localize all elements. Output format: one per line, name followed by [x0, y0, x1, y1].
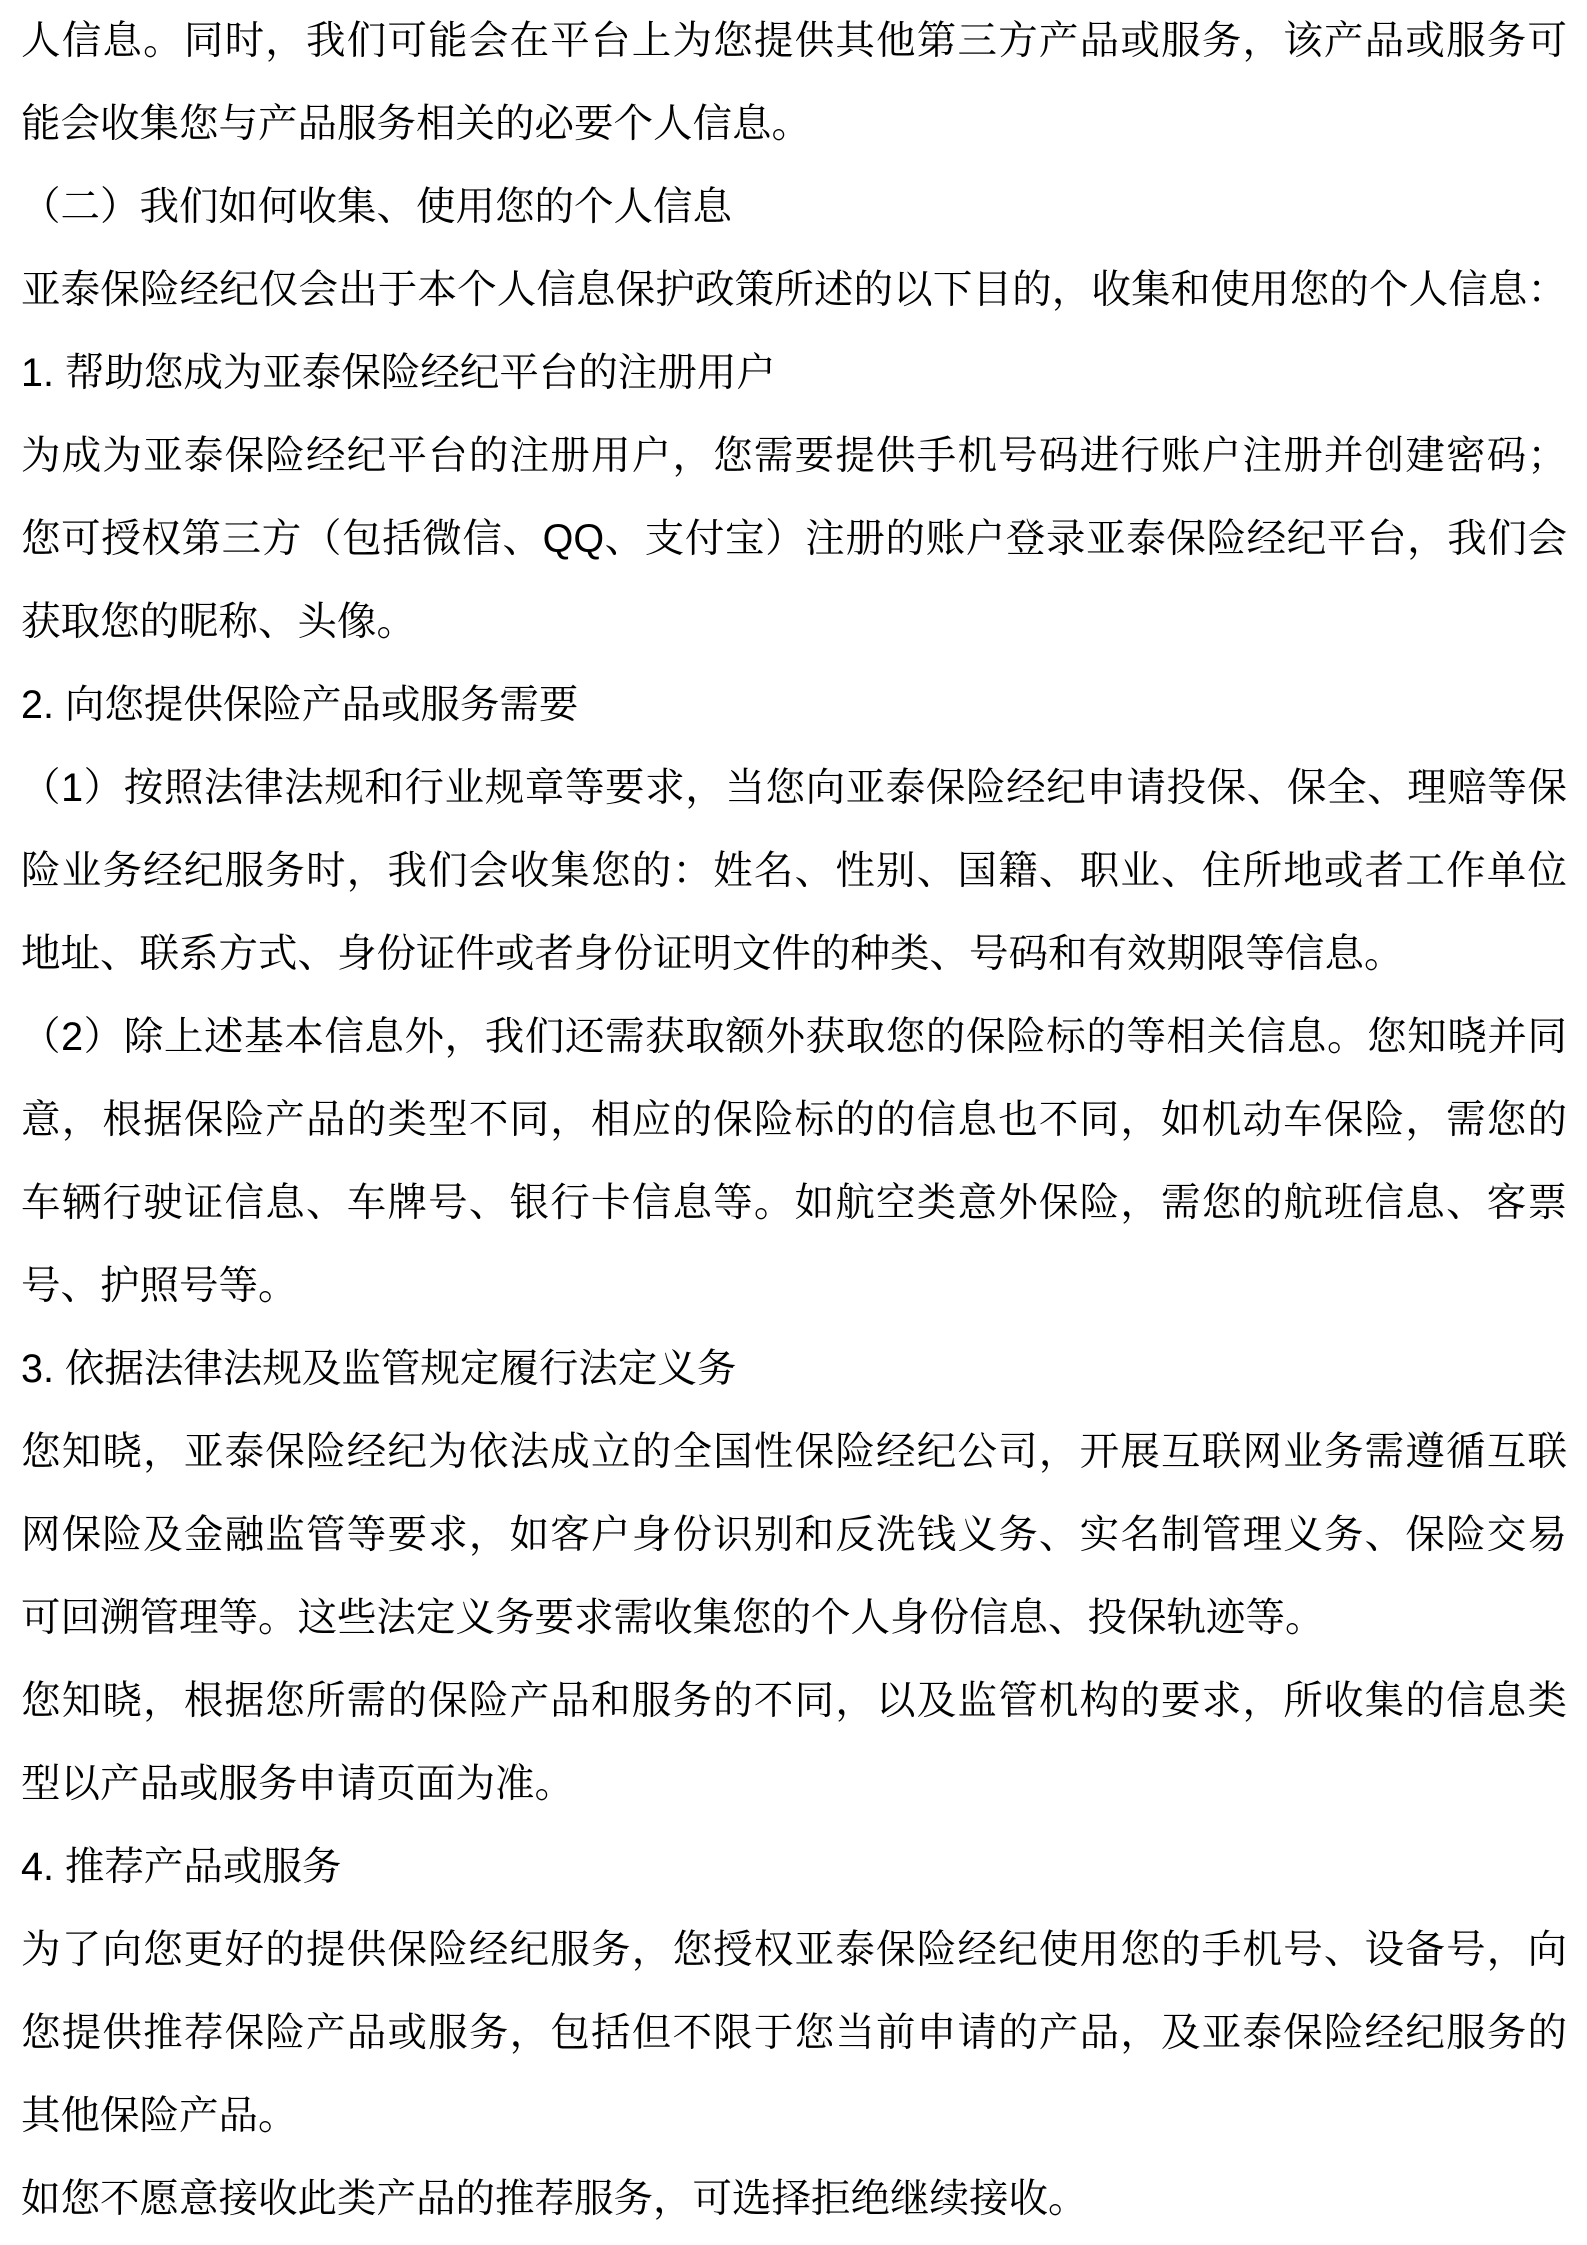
text-line: 您可授权第三方（包括微信、QQ、支付宝）注册的账户登录亚泰保险经纪平台，我们会 — [21, 498, 1567, 581]
text-line: 为成为亚泰保险经纪平台的注册用户，您需要提供手机号码进行账户注册并创建密码； — [21, 415, 1567, 498]
text-line: （1）按照法律法规和行业规章等要求，当您向亚泰保险经纪申请投保、保全、理赔等保 — [21, 747, 1567, 830]
item-heading: 1. 帮助您成为亚泰保险经纪平台的注册用户 — [21, 332, 1567, 415]
text-line: 如您不愿意接收此类产品的推荐服务，可选择拒绝继续接收。 — [21, 2158, 1567, 2241]
item-heading: 3. 依据法律法规及监管规定履行法定义务 — [21, 1328, 1567, 1411]
text-line: 地址、联系方式、身份证件或者身份证明文件的种类、号码和有效期限等信息。 — [21, 913, 1567, 996]
text-line: 您知晓，根据您所需的保险产品和服务的不同，以及监管机构的要求，所收集的信息类 — [21, 1660, 1567, 1743]
text-line: 获取您的昵称、头像。 — [21, 581, 1567, 664]
text-line: 号、护照号等。 — [21, 1245, 1567, 1328]
text-line: 您知晓，亚泰保险经纪为依法成立的全国性保险经纪公司，开展互联网业务需遵循互联 — [21, 1411, 1567, 1494]
text-line: 其他保险产品。 — [21, 2075, 1567, 2158]
document-page: 人信息。同时，我们可能会在平台上为您提供其他第三方产品或服务，该产品或服务可 能… — [0, 0, 1587, 2245]
text-line: 可回溯管理等。这些法定义务要求需收集您的个人身份信息、投保轨迹等。 — [21, 1577, 1567, 1660]
item-heading: 2. 向您提供保险产品或服务需要 — [21, 664, 1567, 747]
text-line: 意，根据保险产品的类型不同，相应的保险标的的信息也不同，如机动车保险，需您的 — [21, 1079, 1567, 1162]
text-line: 亚泰保险经纪仅会出于本个人信息保护政策所述的以下目的，收集和使用您的个人信息： — [21, 249, 1567, 332]
text-line: 车辆行驶证信息、车牌号、银行卡信息等。如航空类意外保险，需您的航班信息、客票 — [21, 1162, 1567, 1245]
section-heading: （二）我们如何收集、使用您的个人信息 — [21, 166, 1567, 249]
text-line: 型以产品或服务申请页面为准。 — [21, 1743, 1567, 1826]
item-heading: 4. 推荐产品或服务 — [21, 1826, 1567, 1909]
text-line: 您提供推荐保险产品或服务，包括但不限于您当前申请的产品，及亚泰保险经纪服务的 — [21, 1992, 1567, 2075]
text-line: 能会收集您与产品服务相关的必要个人信息。 — [21, 83, 1567, 166]
text-line: （2）除上述基本信息外，我们还需获取额外获取您的保险标的等相关信息。您知晓并同 — [21, 996, 1567, 1079]
text-line: 为了向您更好的提供保险经纪服务，您授权亚泰保险经纪使用您的手机号、设备号，向 — [21, 1909, 1567, 1992]
document-text-block: 人信息。同时，我们可能会在平台上为您提供其他第三方产品或服务，该产品或服务可 能… — [21, 0, 1567, 2241]
text-line: 人信息。同时，我们可能会在平台上为您提供其他第三方产品或服务，该产品或服务可 — [21, 0, 1567, 83]
text-line: 险业务经纪服务时，我们会收集您的：姓名、性别、国籍、职业、住所地或者工作单位 — [21, 830, 1567, 913]
text-line: 网保险及金融监管等要求，如客户身份识别和反洗钱义务、实名制管理义务、保险交易 — [21, 1494, 1567, 1577]
